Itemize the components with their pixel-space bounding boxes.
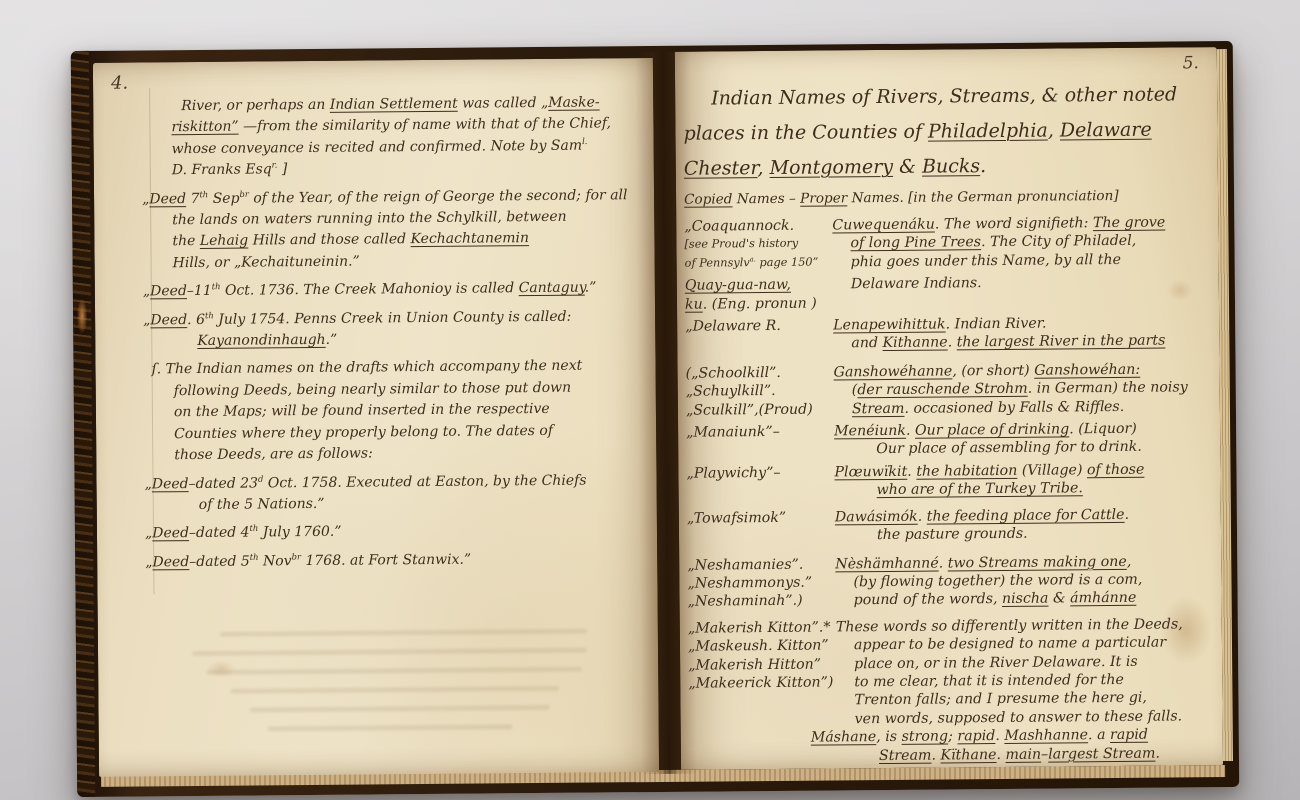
text-segment: place on, or in the River Delaware. It i… (854, 653, 1138, 671)
text-segment: Montgomery (769, 156, 893, 179)
text-segment: rapid (1110, 727, 1148, 743)
text-segment: . (918, 508, 927, 524)
manuscript-line: Kayanondinhaugh.” (95, 327, 655, 353)
ink-bleed-through-texture (164, 614, 635, 777)
text-segment: on the Maps; will be found inserted in t… (174, 401, 550, 420)
text-segment: , (or short) (952, 363, 1034, 380)
text-segment: „Coaquannock. (684, 218, 794, 235)
text-segment: . (Eng. pronun ) (703, 295, 817, 312)
copied-name-label: of Pennsylva. page 150” (677, 253, 833, 273)
text-segment: riskitton” (171, 119, 238, 136)
text-segment: Nov (258, 553, 291, 569)
text-segment: to me clear, that it is intended for the (854, 672, 1124, 690)
text-segment: . occasioned by Falls & Riffles. (904, 399, 1124, 417)
text-segment: & (893, 156, 922, 178)
text-segment: 1768. at Fort Stanwix.” (301, 551, 471, 568)
text-segment: „Towafsimok” (687, 510, 786, 527)
text-segment: of those (1087, 462, 1145, 479)
text-segment: of the Year, of the reign of George the … (249, 187, 628, 206)
text-segment: Deed (149, 191, 186, 207)
text-segment: two Streams making one (948, 553, 1127, 571)
copied-name-label: „Makerish Kitton”.* (680, 618, 836, 638)
text-segment: and (851, 335, 882, 351)
text-segment: appear to be designed to name a particul… (854, 635, 1166, 654)
proper-name-text: Lenapewihittuk. Indian River. (833, 315, 1046, 335)
text-segment: –dated 4 (189, 525, 250, 542)
text-segment: Indian Names of Rivers, Streams, & other… (711, 83, 1177, 109)
text-segment: Lehaig (200, 233, 249, 249)
text-segment: , (1048, 119, 1060, 141)
text-segment: Hills and those called (248, 232, 410, 249)
text-segment: th (199, 189, 208, 199)
text-segment: the feeding place for Cattle (927, 507, 1125, 525)
text-segment: Bucks (922, 155, 980, 178)
text-segment: . in German) the noisy (1028, 380, 1188, 397)
text-segment: Oct. 1758. Executed at Easton, by the Ch… (263, 472, 586, 491)
text-segment: „Neshamanies”. (687, 556, 803, 573)
book-cover-left-edge (71, 51, 96, 797)
text-segment: Chester (684, 157, 758, 180)
text-segment: , is (876, 729, 901, 745)
text-segment: whose conveyance is recited and confirme… (172, 137, 583, 157)
entry-row: Stream. Kïthane. main–largest Stream. (681, 744, 1223, 767)
text-segment: ] (277, 161, 287, 177)
text-segment: der rauschende Strohm (857, 381, 1028, 398)
text-segment: Maske- (548, 94, 600, 110)
text-segment: Ganshowéhan: (1034, 362, 1140, 379)
copied-name-label: („Schoolkill”. (678, 363, 834, 383)
text-segment: the (172, 233, 200, 249)
entry-row: „Neshaminah”.)pound of the words, nischa… (680, 588, 1222, 611)
text-segment: of the 5 Nations.” (199, 496, 325, 513)
text-segment: Deed (150, 312, 187, 328)
copied-name-label: „Makeerick Kitton”) (680, 673, 836, 693)
proper-name-text: Dawásimók. the feeding place for Cattle. (835, 506, 1129, 527)
text-segment: „Neshaminah”.) (688, 593, 803, 610)
manuscript-line: Hills, or „Kechaituneinin.” (95, 249, 655, 275)
copied-name-label (680, 692, 836, 712)
left-page-text: River, or perhaps an Indian Settlement w… (93, 92, 657, 574)
text-segment: Kechachtanemin (410, 231, 529, 248)
text-segment: (by flowing together) the word is a com, (853, 572, 1142, 591)
copied-name-label: „Makerish Hitton” (680, 655, 836, 675)
copied-name-label: „Coaquannock. (676, 216, 832, 236)
proper-name-text: who are of the Turkey Tribe. (835, 480, 1083, 501)
text-segment: . Indian River. (946, 316, 1047, 333)
text-segment: „Manaiunk”– (686, 424, 780, 441)
text-segment: D. Franks Esq (172, 162, 272, 179)
copied-name-label (678, 441, 834, 461)
text-segment: Kayanondinhaugh (197, 332, 325, 349)
text-segment: the habitation (916, 463, 1017, 480)
text-segment: the lands on waters running into the Sch… (172, 209, 567, 228)
manuscript-line: „Deed–dated 4th July 1760.” (97, 519, 657, 545)
copied-name-label: ku. (Eng. pronun ) (677, 294, 833, 314)
text-segment: strong (901, 729, 948, 745)
text-segment: who are of the Turkey Tribe. (877, 481, 1083, 499)
text-segment: Plœuwïkit (834, 464, 907, 481)
right-page-heading: Indian Names of Rivers, Streams, & other… (675, 77, 1218, 213)
text-segment: Sep (208, 190, 239, 206)
copied-name-label: „Neshamanies”. (679, 555, 835, 575)
entry-row: „Sculkill”,(Proud)Stream. occasioned by … (678, 397, 1220, 420)
text-segment: „Makerish Kitton”.* (688, 619, 831, 636)
copied-name-label (679, 482, 835, 502)
copied-name-label: „Manaiunk”– (678, 423, 834, 443)
text-segment: Quay-gua-naw, (685, 277, 791, 294)
entry-row: and Kithanne. the largest River in the p… (677, 332, 1219, 355)
text-segment: Hills, or „Kechaituneinin.” (173, 253, 360, 271)
copied-name-label (681, 747, 837, 767)
text-segment: Cantaguy (519, 280, 585, 297)
text-segment: pound of the words, (854, 591, 1003, 608)
text-segment: [see Proud's history (684, 237, 798, 251)
text-segment: Indian Settlement (330, 96, 458, 113)
text-segment: l. (582, 136, 587, 146)
text-segment: the pasture grounds. (877, 526, 1028, 543)
copied-name-label: „Neshaminah”.) (680, 592, 836, 612)
text-segment: main (1005, 746, 1041, 762)
proper-name-text: Plœuwïkit. the habitation (Village) of t… (834, 461, 1144, 482)
text-segment: „Playwichy”– (686, 465, 780, 482)
text-segment: —from the similarity of name with that o… (239, 116, 612, 135)
proper-name-text: and Kithanne. the largest River in the p… (833, 332, 1165, 353)
text-segment: . 6 (187, 312, 205, 328)
text-segment: br (239, 189, 248, 199)
text-segment: –11 (187, 283, 212, 299)
text-segment: Cuwequenáku (832, 217, 935, 234)
text-segment: –dated 23 (189, 475, 259, 492)
text-segment: July 1760.” (258, 524, 341, 541)
text-segment: . (995, 728, 1004, 744)
copied-name-label: Quay-gua-naw, (677, 276, 833, 296)
text-segment: ; (948, 729, 957, 745)
copied-name-label: „Playwichy”– (678, 463, 834, 483)
text-segment: Deed (152, 476, 189, 492)
text-segment: Oct. 1736. The Creek Mahonioy is called (220, 280, 518, 299)
proper-name-text: phia goes under this Name, by all the (833, 251, 1122, 272)
copied-name-label: „Delaware R. (677, 316, 833, 336)
text-segment: Philadelphia (928, 120, 1048, 143)
entry-row: Our place of assembling for to drink. (678, 438, 1220, 461)
proper-name-text: the pasture grounds. (835, 525, 1028, 545)
text-segment: Trenton falls; and I presume the here gi… (854, 690, 1147, 709)
text-segment: . The City of Philadel, (981, 233, 1136, 250)
text-segment: . (931, 747, 940, 763)
proper-name-text: (der rauschende Strohm. in German) the n… (834, 379, 1188, 400)
text-segment: Deed (152, 554, 189, 570)
text-segment: Mashhanne (1004, 727, 1088, 744)
text-segment: „Makerish Hitton” (688, 656, 821, 673)
text-segment: following Deeds, being nearly similar to… (174, 380, 572, 399)
copied-name-label (681, 710, 837, 730)
text-segment: Counties where they properly belong to. … (174, 423, 553, 442)
proper-name-text: Stream. Kïthane. main–largest Stream. (837, 744, 1160, 765)
manuscript-line: of the 5 Nations.” (97, 491, 657, 517)
text-segment: Kïthane (940, 747, 996, 763)
text-segment: ku (685, 296, 703, 312)
text-segment: . (1155, 745, 1160, 761)
text-segment: Máshane (811, 729, 877, 746)
text-segment: . (Liquor) (1069, 421, 1137, 438)
entry-row: the pasture grounds. (679, 523, 1221, 546)
copied-name-label: „Neshammonys.” (679, 573, 835, 593)
copied-name-label: „Sculkill”,(Proud) (678, 400, 834, 420)
text-segment: Our place of drinking (915, 421, 1069, 438)
copied-name-label: „Schuylkill”. (678, 382, 834, 402)
entry-row: who are of the Turkey Tribe. (679, 478, 1221, 501)
text-segment: „Maskeush. Kitton” (688, 638, 829, 655)
copied-name-label (677, 335, 833, 355)
text-segment: Dawásimók (835, 508, 918, 525)
text-segment: . The word signifieth: (935, 215, 1093, 232)
text-segment: Ganshowéhanne (834, 363, 953, 380)
text-segment: .” (585, 280, 597, 296)
text-segment: phia goes under this Name, by all the (851, 252, 1122, 270)
text-segment: of Pennsylv (685, 256, 750, 270)
text-segment: Stream (879, 747, 932, 763)
manuscript-book: 4. River, or perhaps an Indian Settlemen… (71, 41, 1239, 797)
text-segment: Menéiunk (834, 423, 906, 440)
copied-name-label: „Maskeush. Kitton” (680, 637, 836, 657)
text-segment: ámhánne (1070, 590, 1136, 607)
manuscript-line: those Deeds, are as follows: (96, 441, 656, 467)
manuscript-line: Chester, Montgomery & Bucks. (676, 147, 1218, 187)
text-segment: nischa (1002, 591, 1049, 607)
text-segment: River, or perhaps an (181, 97, 330, 114)
manuscript-line: Copied Names – Proper Names. [in the Ger… (676, 182, 1218, 213)
text-segment: Our place of assembling for to drink. (876, 439, 1142, 457)
text-segment: places in the Counties of (683, 121, 928, 145)
left-page-number: 4. (111, 73, 128, 94)
text-segment: Deed (152, 525, 189, 541)
text-segment: „Sculkill”,(Proud) (686, 401, 813, 418)
text-segment: Names. [in the German pronunciation] (847, 188, 1119, 206)
manuscript-line: Indian Names of Rivers, Streams, & other… (675, 77, 1217, 117)
text-segment: .” (326, 332, 338, 348)
left-page: 4. River, or perhaps an Indian Settlemen… (93, 58, 659, 777)
text-segment: Delaware Indians. (851, 275, 982, 292)
text-segment: of long Pine Trees (850, 235, 981, 252)
proper-name-text: to me clear, that it is intended for the (836, 671, 1124, 692)
text-segment: . (996, 747, 1005, 763)
text-segment: Stream (852, 400, 905, 416)
photograph-background: 4. River, or perhaps an Indian Settlemen… (0, 0, 1300, 800)
right-page-entries: „Coaquannock.Cuwequenáku. The word signi… (676, 213, 1223, 770)
copied-name-label: [see Proud's history (676, 235, 832, 255)
text-segment: . (980, 155, 986, 177)
manuscript-line: places in the Counties of Philadelphia, … (675, 112, 1217, 152)
cover-wear-spot (77, 299, 87, 333)
text-segment: was called „ (458, 95, 549, 112)
text-segment: & (1048, 591, 1070, 607)
text-segment: Deed (150, 283, 187, 299)
manuscript-line: „Deed–dated 5th Novbr 1768. at Fort Stan… (97, 548, 657, 574)
manuscript-line: „Deed–11th Oct. 1736. The Creek Mahonioy… (95, 277, 655, 303)
copied-name-label (679, 527, 835, 547)
text-segment: ven words, supposed to answer to these f… (855, 708, 1183, 727)
text-segment: . a (1088, 727, 1110, 743)
text-segment: those Deeds, are as follows: (174, 446, 373, 464)
entry-row: of Pennsylva. page 150”phia goes under t… (677, 250, 1219, 273)
text-segment: „Neshammonys.” (687, 575, 812, 592)
text-segment: –dated 5 (189, 553, 250, 570)
text-segment: Names – (732, 191, 800, 208)
text-segment: Kithanne (882, 335, 947, 352)
text-segment: the largest River in the parts (957, 333, 1166, 351)
text-segment: (Village) (1017, 462, 1087, 479)
right-page: 5. Indian Names of Rivers, Streams, & ot… (675, 47, 1223, 770)
text-segment: („Schoolkill”. (686, 365, 781, 382)
text-segment: Lenapewihittuk (833, 316, 946, 333)
text-segment: „Schuylkill”. (686, 383, 776, 400)
manuscript-line: D. Franks Esqr. ] (94, 156, 654, 182)
text-segment: largest Stream (1048, 745, 1155, 762)
entry-row: ku. (Eng. pronun ) (677, 291, 1219, 314)
text-segment: Proper (800, 190, 847, 206)
text-segment: Delaware (1060, 119, 1152, 142)
text-segment: br (292, 551, 301, 561)
proper-name-text: Stream. occasioned by Falls & Riffles. (834, 398, 1124, 419)
text-segment: th (205, 310, 214, 320)
text-segment: , (757, 157, 769, 179)
text-segment: th (212, 281, 221, 291)
right-page-number: 5. (1183, 53, 1199, 73)
text-segment: Copied (684, 191, 733, 207)
proper-name-text: Delaware Indians. (833, 274, 982, 294)
text-segment: „Makeerick Kitton”) (688, 674, 833, 691)
text-segment: 7 (186, 191, 199, 207)
text-segment: rapid (957, 728, 995, 744)
text-segment: , (1127, 553, 1132, 569)
text-segment: ſ. The Indian names on the drafts which … (151, 358, 582, 378)
proper-name-text: pound of the words, nischa & ámhánne (836, 589, 1137, 610)
text-segment: Nèshämhanné (835, 555, 939, 572)
proper-name-text: Our place of assembling for to drink. (834, 438, 1142, 459)
text-segment: . (907, 464, 916, 480)
copied-name-label: „Towafsimok” (679, 508, 835, 528)
text-segment: These words so differently written in th… (836, 616, 1183, 635)
text-segment: . (906, 423, 915, 439)
text-segment: „Delaware R. (685, 318, 781, 335)
text-segment: The grove (1093, 215, 1165, 232)
text-segment: July 1754. Penns Creek in Union County i… (214, 308, 572, 327)
text-segment: page 150” (756, 255, 819, 269)
text-segment: . (1124, 507, 1129, 523)
